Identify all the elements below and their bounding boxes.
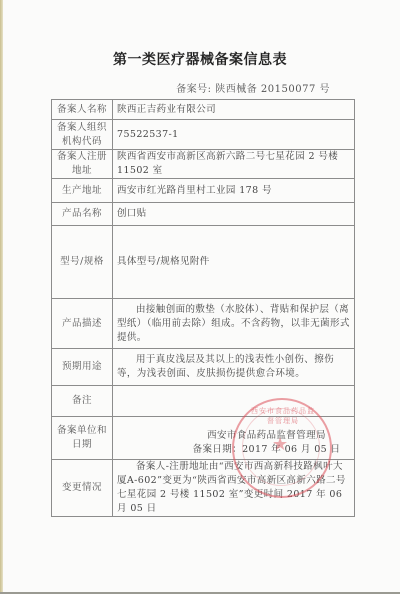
row-label-filing-unit-date: 备案单位和日期 xyxy=(52,417,113,460)
table-row: 变更情况 备案人-注册地址由“西安市西高新科技路枫叶大厦A-602”变更为“陕西… xyxy=(52,460,355,517)
info-table: 备案人名称 陕西正吉药业有限公司 备案人组织机构代码 75522537-1 备案… xyxy=(51,99,355,517)
row-value-filing-unit-date: 西安市食品药品监督管理局 备案日期：2017 年 06 月 05 日 xyxy=(113,417,355,460)
table-row: 生产地址 西安市红光路肖里村工业园 178 号 xyxy=(52,179,355,203)
row-label-intended-use: 预期用途 xyxy=(52,349,113,386)
row-value-filer-name: 陕西正吉药业有限公司 xyxy=(113,100,355,120)
table-row: 型号/规格 具体型号/规格见附件 xyxy=(52,226,355,299)
table-row: 备案人注册地址 陕西省西安市高新区高新六路二号七星花园 2 号楼 11502 室 xyxy=(52,150,355,179)
table-row: 备案人名称 陕西正吉药业有限公司 xyxy=(52,100,355,120)
page-edge xyxy=(0,0,3,594)
row-value-remarks xyxy=(113,386,355,417)
row-value-change-history: 备案人-注册地址由“西安市西高新科技路枫叶大厦A-602”变更为“陕西省西安市高… xyxy=(113,460,355,517)
row-label-product-description: 产品描述 xyxy=(52,299,113,349)
row-label-filer-name: 备案人名称 xyxy=(52,100,113,120)
row-label-model-spec: 型号/规格 xyxy=(52,226,113,299)
row-label-product-name: 产品名称 xyxy=(52,203,113,226)
row-value-product-description: 由接触创面的敷垫（水胶体）、背贴和保护层（离型纸）（临用前去除）组成。不含药物，… xyxy=(113,299,355,349)
table-row: 产品名称 创口贴 xyxy=(52,203,355,226)
table-row: 产品描述 由接触创面的敷垫（水胶体）、背贴和保护层（离型纸）（临用前去除）组成。… xyxy=(52,299,355,349)
row-value-product-name: 创口贴 xyxy=(113,203,355,226)
table-row: 备案单位和日期 西安市食品药品监督管理局 备案日期：2017 年 06 月 05… xyxy=(52,417,355,460)
row-value-registered-address: 陕西省西安市高新区高新六路二号七星花园 2 号楼 11502 室 xyxy=(113,150,355,179)
row-label-production-address: 生产地址 xyxy=(52,179,113,203)
row-label-change-history: 变更情况 xyxy=(52,460,113,517)
filing-number: 备案号: 陕西械备 20150077 号 xyxy=(176,80,330,95)
row-label-org-code: 备案人组织机构代码 xyxy=(52,120,113,150)
row-value-intended-use: 用于真皮浅层及其以上的浅表性小创伤、擦伤等，为浅表创面、皮肤损伤提供愈合环境。 xyxy=(113,349,355,386)
document-title: 第一类医疗器械备案信息表 xyxy=(0,49,400,69)
table-row: 备注 xyxy=(52,386,355,417)
table-row: 预期用途 用于真皮浅层及其以上的浅表性小创伤、擦伤等，为浅表创面、皮肤损伤提供愈… xyxy=(52,349,355,386)
row-value-production-address: 西安市红光路肖里村工业园 178 号 xyxy=(113,179,355,203)
row-label-remarks: 备注 xyxy=(52,386,113,417)
filing-unit: 西安市食品药品监督管理局 xyxy=(183,429,350,443)
row-value-org-code: 75522537-1 xyxy=(113,120,355,150)
row-value-model-spec: 具体型号/规格见附件 xyxy=(113,226,355,299)
table-row: 备案人组织机构代码 75522537-1 xyxy=(52,120,355,150)
row-label-registered-address: 备案人注册地址 xyxy=(52,150,113,179)
filing-date: 备案日期：2017 年 06 月 05 日 xyxy=(183,443,350,457)
